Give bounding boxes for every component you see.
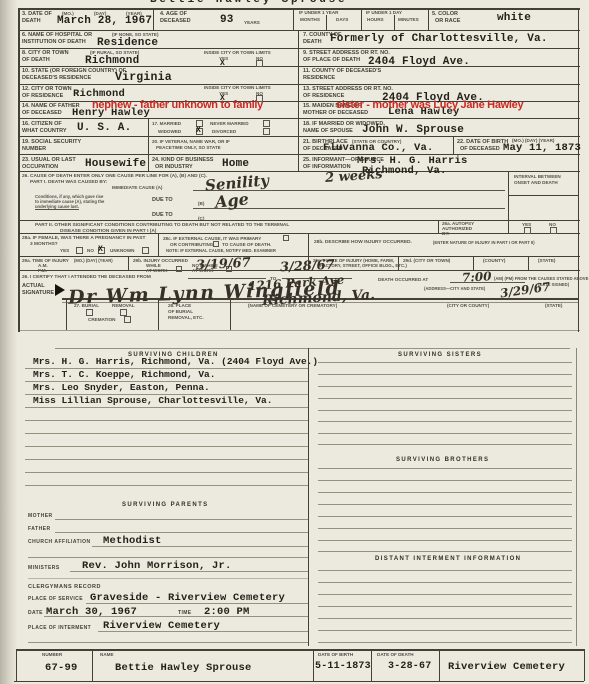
age-label: 4. AGE OF [160, 11, 187, 18]
rule-line [318, 398, 572, 399]
divider [439, 649, 440, 681]
rule-line [25, 472, 308, 473]
color-race-value: white [497, 12, 531, 24]
interval-label2: ONSET AND DEATH [514, 180, 558, 186]
county-residence-label: 11. COUNTY OF DECEASED'S [303, 68, 381, 75]
cemetery-city-caption: (CITY OR COUNTY) [447, 303, 489, 309]
service-time-value: 2:00 PM [204, 606, 250, 618]
divider [293, 8, 294, 30]
years-caption: YEARS [244, 20, 260, 26]
rule-line [25, 485, 308, 486]
autopsy-yes-checkbox [524, 227, 531, 234]
divider [584, 649, 585, 681]
certify-label: 26. I CERTIFY THAT I ATTENDED THE DECEAS… [22, 275, 151, 281]
veteran-label: 20. IF VETERAN, NAME WAR, OR IF [152, 139, 230, 145]
age-label2: DECEASED [160, 18, 191, 25]
divider [16, 649, 584, 651]
divider [66, 300, 67, 330]
rule-line [28, 642, 308, 643]
dob-label: 22. DATE OF BIRTH [457, 139, 508, 146]
autopsy-no-checkbox [550, 227, 557, 234]
death-occurred-label: DEATH OCCURRED AT [378, 277, 428, 283]
card-top-rule [55, 348, 570, 349]
pregnancy-yes-label: YES [60, 248, 69, 254]
time-of-injury-caption: (MO.) (DAY) (YEAR) [74, 258, 113, 263]
divider [18, 8, 20, 332]
date-of-death-label: 3. DATE OF [22, 11, 52, 18]
days-caption: DAYS [336, 17, 348, 23]
dod-column-header: DATE OF DEATH [377, 652, 414, 658]
divider [326, 15, 327, 30]
cremation-label: CREMATION [88, 317, 115, 323]
divider [508, 171, 509, 233]
divider [508, 195, 578, 196]
months-caption: MONTHS [300, 17, 320, 23]
church-affiliation-value: Methodist [103, 535, 162, 547]
date-of-death-label2: DEATH [22, 18, 41, 25]
citizen-label2: WHAT COUNTRY [22, 128, 67, 135]
divider [18, 154, 580, 155]
surviving-brothers-header: SURVIVING BROTHERS [396, 457, 489, 463]
rule-line [28, 578, 308, 579]
place-of-burial-label2: OF BURIAL [168, 309, 193, 315]
divider [578, 8, 579, 332]
rule-line [318, 606, 572, 607]
divider [438, 220, 439, 233]
widowed-label: WIDOWED [158, 129, 181, 135]
divider [158, 233, 159, 256]
divider [18, 256, 580, 257]
actual-signature-label2: SIGNATURE [22, 290, 54, 297]
city-of-death-label2: OF DEATH [22, 57, 50, 64]
street-residence-label: 13. STREET ADDRESS OR RT. NO. [303, 86, 393, 93]
divider [14, 681, 584, 682]
place-of-interment-label: PLACE OF INTERMENT [28, 625, 91, 631]
birthplace-value: Fluvanna Co., Va. [323, 142, 434, 154]
rule-line [318, 492, 572, 493]
divider [428, 8, 429, 30]
color-race-label2: OR RACE [435, 18, 460, 25]
external-primary-checkbox [283, 235, 289, 241]
dob-column-header: DATE OF BIRTH [318, 652, 353, 658]
rule-line [318, 570, 572, 571]
injury-city-caption: 29d. (CITY OR TOWN) [403, 258, 450, 264]
rule-line [318, 582, 572, 583]
citizen-value: U. S. A. [77, 122, 131, 134]
cause-b-handwriting: Age [214, 189, 250, 211]
b-caption: (B) [198, 201, 204, 207]
while-at-work-label2: AT WORK [146, 268, 168, 274]
spouse-value: John W. Sprouse [362, 124, 464, 136]
actual-signature-label: ACTUAL [22, 283, 45, 290]
county-of-death-label2: DEATH [303, 39, 322, 46]
external-contributing-checkbox [213, 241, 219, 247]
child-entry: Mrs. T. C. Koeppe, Richmond, Va. [33, 369, 215, 380]
immediate-cause-label: IMMEDIATE CAUSE (A) [112, 185, 162, 191]
divider [298, 30, 299, 171]
service-date-label: DATE [28, 610, 43, 616]
state-residence-label2: DECEASED'S RESIDENCE [22, 75, 91, 82]
surviving-parents-header: SURVIVING PARENTS [122, 502, 209, 508]
external-cause-note: NOTE: IF EXTERNAL CAUSE, NOTIFY MED. EXA… [166, 248, 276, 253]
interval-handwriting: 2 weeks [325, 167, 384, 186]
pm-caption: P.M. [38, 268, 47, 274]
occupation-label: 23. USUAL OR LAST [22, 157, 76, 164]
card-mother-label: MOTHER [28, 513, 53, 519]
divider [148, 118, 149, 171]
pregnancy-no-mark: X [98, 245, 103, 254]
cremation-checkbox [124, 316, 131, 323]
married-label: 17. MARRIED [152, 121, 181, 127]
pregnancy-unknown-checkbox [142, 247, 149, 254]
rule-line [318, 630, 572, 631]
church-affiliation-label: CHURCH AFFILIATION [28, 539, 91, 545]
card-right-edge [576, 348, 577, 646]
rule-line [318, 421, 572, 422]
hospital-label: 6. NAME OF HOSPITAL OR [22, 32, 92, 39]
city-of-death-label: 8. CITY OR TOWN [22, 50, 69, 57]
rule-line [318, 642, 572, 643]
divider [16, 649, 17, 681]
limits-yes-mark-death: X [220, 59, 225, 68]
county-of-death-value: Formerly of Charlottesville, Va. [330, 33, 548, 45]
business-value: Home [222, 158, 249, 170]
rule-line [25, 446, 308, 447]
divider [230, 300, 231, 330]
pregnancy-label2: 3 MONTHS? [30, 242, 58, 248]
rule-line [318, 468, 572, 469]
record-name-value: Bettie Hawley Sprouse [115, 662, 252, 674]
hospital-label2: INSTITUTION OF DEATH [22, 39, 86, 46]
divider [153, 8, 154, 30]
attended-to-handwriting: 3/28/67 [280, 258, 335, 276]
death-time-handwriting: 7:00 [462, 269, 492, 285]
divider [92, 649, 93, 681]
occupation-label2: OCCUPATION [22, 164, 58, 171]
mother-label2: MOTHER OF DECEASED [303, 110, 368, 117]
state-residence-value: Virginia [115, 71, 172, 84]
divider [18, 30, 580, 31]
record-cemetery-value: Riverview Cemetery [448, 661, 565, 673]
death-certificate-scan: Bettie Hawley Sprouse 3. DATE OF DEATH (… [0, 0, 589, 684]
divider [18, 136, 580, 137]
county-residence-label2: RESIDENCE [303, 75, 335, 82]
address-caption: (ADDRESS—CITY AND STATE) [424, 286, 485, 291]
removal-checkbox [120, 309, 127, 316]
rule-line [318, 540, 572, 541]
ministers-value: Rev. John Morrison, Jr. [82, 560, 232, 572]
rule-line [318, 444, 572, 445]
divider [18, 84, 580, 85]
rule-line [318, 386, 572, 387]
rule-line [318, 504, 572, 505]
rule-line [25, 407, 308, 408]
pregnancy-no-label: NO [87, 248, 94, 254]
interval-label: INTERVAL BETWEEN [514, 174, 561, 180]
divider [18, 330, 580, 331]
father-label2: OF DECEASED [22, 110, 62, 117]
limits-no-checkbox-death [256, 60, 263, 67]
divorced-checkbox [263, 128, 270, 135]
typed-name-top: Bettie Hawley Sprouse [150, 0, 347, 6]
place-of-service-label: PLACE OF SERVICE [28, 596, 83, 602]
external-cause-label2: OR CONTRIBUTING [170, 242, 213, 248]
ministers-label: MINISTERS [28, 565, 60, 571]
due-to-c-label: DUE TO [152, 212, 173, 219]
rule-line [28, 557, 308, 558]
street-of-death-label2: OF PLACE OF DEATH [303, 57, 360, 64]
rule-line [25, 433, 308, 434]
age-value: 93 [220, 14, 234, 26]
distant-interment-header: DISTANT INTERMENT INFORMATION [375, 556, 521, 562]
describe-injury-label: 28b. DESCRIBE HOW INJURY OCCURRED. [314, 240, 412, 246]
color-race-label: 5. COLOR [432, 11, 458, 18]
divider [308, 233, 309, 256]
describe-injury-caption: (ENTER NATURE OF INJURY IN PART I OR PAR… [433, 240, 535, 245]
red-note-mother: sister - mother was Lucy Jane Hawley [336, 99, 523, 111]
ssn-label: 19. SOCIAL SECURITY [22, 139, 81, 146]
pregnancy-label: 28a. IF FEMALE, WAS THERE A PREGNANCY IN… [22, 236, 145, 242]
rule-line [318, 480, 572, 481]
under-1-year-label: IF UNDER 1 YEAR [299, 10, 338, 16]
street-of-death-value: 2404 Floyd Ave. [368, 56, 470, 68]
city-residence-label: 12. CITY OR TOWN [22, 86, 72, 93]
record-number-value: 67-99 [45, 662, 78, 674]
occupation-value: Housewife [85, 158, 146, 170]
dob-value: May 11, 1873 [503, 142, 581, 154]
hours-caption: HOURS [367, 17, 384, 23]
rule-line [318, 410, 572, 411]
divider [453, 136, 454, 154]
spouse-label2: NAME OF SPOUSE [303, 128, 353, 135]
card-column-divider [308, 348, 309, 646]
while-at-work-checkbox [176, 266, 182, 272]
record-dod-value: 3-28-67 [388, 661, 431, 672]
rule-line [318, 551, 572, 552]
business-label: 24. KIND OF BUSINESS [152, 157, 213, 164]
red-note-father: nephew - father unknown to family [92, 99, 263, 111]
widowed-mark: X [196, 126, 201, 135]
divider [394, 15, 395, 30]
hospital-value: Residence [97, 37, 158, 49]
divider [18, 220, 580, 221]
pregnancy-yes-checkbox [76, 247, 83, 254]
place-of-service-value: Graveside - Riverview Cemetery [90, 592, 285, 604]
part2-label2: DISEASE CONDITION GIVEN IN PART I (A) [60, 229, 156, 235]
rule-line [318, 594, 572, 595]
divider [371, 649, 372, 681]
name-column-header: NAME [100, 652, 114, 658]
cause-part1: PART I. DEATH WAS CAUSED BY: [30, 180, 107, 186]
limits-label-death: INSIDE CITY OR TOWN LIMITS [204, 50, 271, 56]
rule-line [318, 433, 572, 434]
part2-label: PART II. OTHER SIGNIFICANT CONDITIONS CO… [35, 223, 289, 229]
c-caption: (C) [198, 216, 204, 222]
rule-line [318, 528, 572, 529]
pregnancy-unknown-label: UNKNOWN [110, 248, 135, 254]
service-time-label: TIME [178, 610, 192, 616]
injury-county-caption: (COUNTY) [483, 258, 505, 264]
child-entry: Miss Lillian Sprouse, Charlottesville, V… [33, 395, 272, 406]
divider [128, 256, 129, 270]
divider [18, 171, 580, 172]
rule-line [318, 516, 572, 517]
burial-checkbox [86, 309, 93, 316]
cemetery-state-caption: (STATE) [545, 303, 562, 309]
date-of-death-value: March 28, 1967 [57, 15, 152, 27]
father-label: 14. NAME OF FATHER [22, 103, 80, 110]
child-entry: Mrs. Leo Snyder, Easton, Penna. [33, 382, 210, 393]
attended-from-handwriting: 3/19/67 [196, 256, 251, 274]
city-residence-label2: OF RESIDENCE [22, 93, 63, 100]
rule-line [25, 459, 308, 460]
signature-arrow-icon [55, 284, 65, 296]
place-of-interment-value: Riverview Cemetery [103, 620, 220, 632]
clergymans-record-header: CLERGYMANS RECORD [28, 584, 101, 591]
citizen-label: 16. CITIZEN OF [22, 121, 62, 128]
divider [528, 256, 529, 270]
divider [313, 649, 314, 681]
minutes-caption: MINUTES [398, 17, 419, 23]
card-father-label: FATHER [28, 526, 51, 532]
service-date-value: March 30, 1967 [46, 606, 137, 618]
autopsy-label3: BY: [442, 231, 450, 237]
conditions-note3: underlying cause last. [35, 204, 79, 209]
dob-label2: OF DECEASED [460, 146, 500, 153]
surviving-sisters-header: SURVIVING SISTERS [398, 352, 482, 358]
rule-line [318, 618, 572, 619]
rule-line [55, 532, 308, 533]
limits-label-residence: INSIDE CITY OR TOWN LIMITS [204, 85, 271, 91]
never-married-checkbox [263, 120, 270, 127]
record-dob-value: 5-11-1873 [315, 661, 371, 672]
under-1-day-label: IF UNDER 1 DAY [366, 10, 402, 16]
ssn-label2: NUMBER [22, 146, 46, 153]
business-label2: OR INDUSTRY [155, 164, 193, 171]
rule-line [25, 420, 308, 421]
rule-line [55, 519, 308, 520]
injury-state-caption: (STATE) [538, 258, 555, 264]
divider [473, 256, 474, 270]
place-of-burial-label3: REMOVAL, ETC. [168, 315, 204, 321]
state-residence-label: 10. STATE (OR FOREIGN COUNTRY) OF [22, 68, 126, 75]
due-to-b-label: DUE TO [152, 197, 173, 204]
rule-line [318, 362, 572, 363]
external-cause-label3: TO CAUSE OF DEATH. [222, 242, 271, 248]
divorced-label: DIVORCED [212, 129, 236, 135]
cause-header: 26. CAUSE OF DEATH ENTER ONLY ONE CAUSE … [22, 174, 207, 180]
child-entry: Mrs. H. G. Harris, Richmond, Va. (2404 F… [33, 356, 318, 367]
number-column-header: NUMBER [42, 652, 62, 658]
veteran-label2: PEACETIME ONLY, SO STATE [156, 145, 221, 151]
city-of-death-value: Richmond [85, 55, 139, 67]
never-married-label: NEVER MARRIED [210, 121, 249, 127]
rule-line [318, 374, 572, 375]
divider [361, 8, 362, 30]
